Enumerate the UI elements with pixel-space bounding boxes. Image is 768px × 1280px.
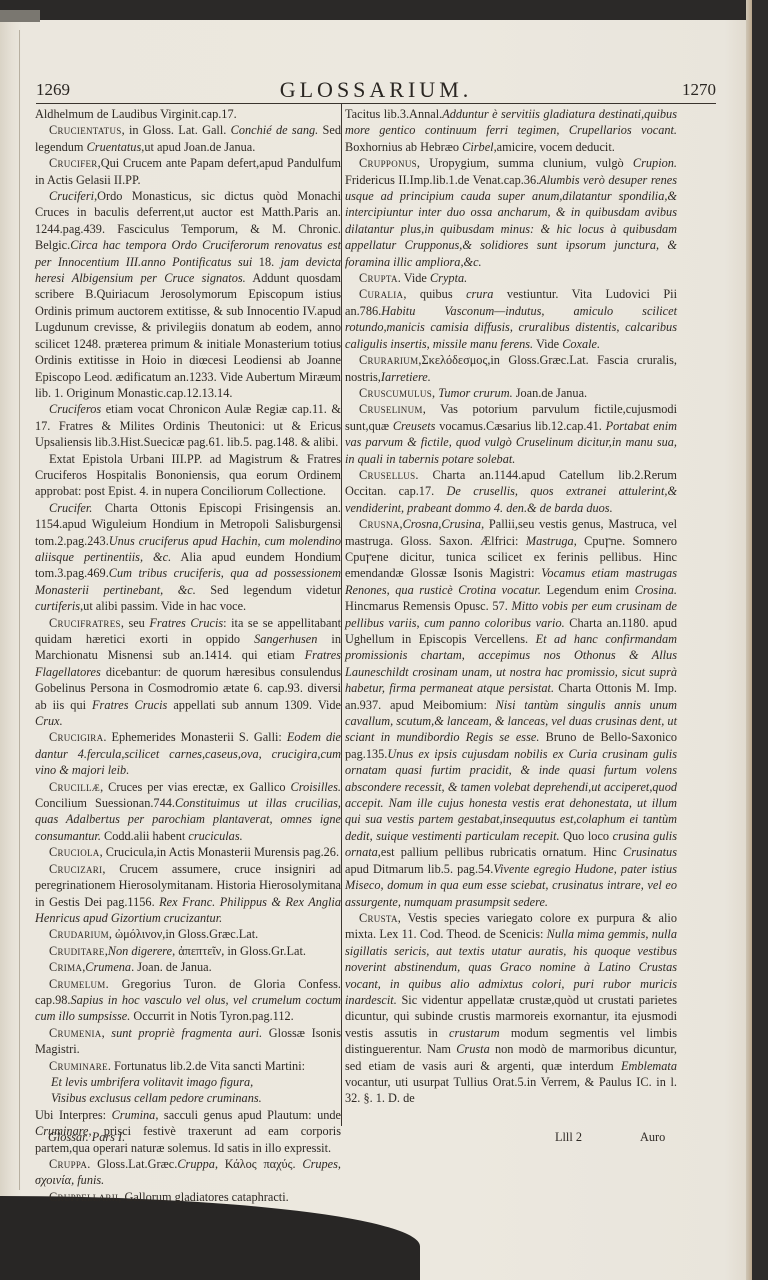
entry-text: Ubi Interpres: xyxy=(35,1108,112,1122)
headword: Crusellus xyxy=(359,468,415,482)
glossary-entry: Crudarium, ὠμόλινον,in Gloss.Græc.Lat. xyxy=(35,926,341,942)
right-text-column: Tacitus lib.3.Annal.Adduntur è servitiis… xyxy=(345,106,677,1107)
glossary-entry: Curalia, quibus crura vestiuntur. Vita L… xyxy=(345,286,677,352)
entry-text: , ἀπεπτεῖν, in Gloss.Gr.Lat. xyxy=(172,944,306,958)
running-header: 1269 GLOSSARIUM. 1270 xyxy=(36,78,716,102)
entry-text: , Crucicula,in Actis Monasterii Murensis… xyxy=(100,845,339,859)
glossary-entry: Crucizari, Crucem assumere, cruce insign… xyxy=(35,861,341,927)
glossary-entry: Cruciferi,Ordo Monasticus, sic dictus qu… xyxy=(35,188,341,401)
headword: Crumelum xyxy=(49,977,106,991)
headword: Crucifratres xyxy=(49,616,121,630)
italic-citation: Crupion. xyxy=(633,156,677,170)
entry-text: ,amicire, vocem deducit. xyxy=(494,140,615,154)
headword: Crusna xyxy=(359,517,400,531)
headword: Cruminare xyxy=(49,1059,108,1073)
headword: Curalia xyxy=(359,287,403,301)
headword: Crucigira xyxy=(49,730,103,744)
entry-text: , Gallorum gladiatores cataphracti. xyxy=(118,1190,288,1204)
entry-text: . Vide xyxy=(398,271,430,285)
italic-citation: Habitu Vasconum—indutus, amiculo scilice… xyxy=(345,304,677,351)
entry-text: vocamus.Cæsarius lib.12.cap.41. xyxy=(435,419,605,433)
headword: Crucientatus xyxy=(49,123,122,137)
glossary-entry: Cruditare,Non digerere, ἀπεπτεῖν, in Glo… xyxy=(35,943,341,959)
headword: Cruselinum xyxy=(359,402,423,416)
italic-citation: Non digerere xyxy=(108,944,172,958)
page-number-right: 1270 xyxy=(682,80,716,100)
entry-text: Codd.alii habent xyxy=(101,829,188,843)
page-stack-edge xyxy=(0,10,40,22)
entry-text: , sacculi genus apud Plautum: unde xyxy=(155,1108,341,1122)
entry-text: , seu xyxy=(121,616,150,630)
entry-text: Tacitus lib.3.Annal. xyxy=(345,107,442,121)
italic-citation: Cruciferi xyxy=(49,189,94,203)
glossary-entry: Cruscumulus, Tumor crurum. Joan.de Janua… xyxy=(345,385,677,401)
glossary-entry: Tacitus lib.3.Annal.Adduntur è servitiis… xyxy=(345,106,677,155)
headword: Crima xyxy=(49,960,82,974)
italic-citation: crustarum xyxy=(449,1026,500,1040)
headword: Cruciola xyxy=(49,845,100,859)
italic-citation: Crypta. xyxy=(430,271,467,285)
entry-text: Fridericus II.Imp.lib.1.de Venat.cap.36. xyxy=(345,173,539,187)
headword: Cruditare xyxy=(49,944,105,958)
entry-text: Occurrit in Notis Tyron.pag.112. xyxy=(130,1009,293,1023)
printer-signature-note: Glossar. Pars I. xyxy=(48,1130,125,1145)
headword: Crupta xyxy=(359,271,398,285)
glossary-entry: Crucientatus, in Gloss. Lat. Gall. Conch… xyxy=(35,122,341,155)
italic-citation: curtiferis xyxy=(35,599,80,613)
glossary-entry: Cruminare. Fortunatus lib.2.de Vita sanc… xyxy=(35,1058,341,1074)
headword: Cruppa xyxy=(49,1157,87,1171)
italic-citation: Crucifer. xyxy=(49,501,92,515)
glossary-entry: Cruciferos etiam vocat Chronicon Aulæ Re… xyxy=(35,401,341,450)
italic-citation: Crosna,Crusina xyxy=(403,517,481,531)
italic-citation: Tumor crurum. xyxy=(438,386,512,400)
italic-citation: Cirbel xyxy=(462,140,493,154)
entry-text: Aldhelmum de Laudibus Virginit.cap.17. xyxy=(35,107,237,121)
italic-citation: Coxale. xyxy=(562,337,600,351)
headword: Crurarium xyxy=(359,353,418,367)
glossary-entry: Crucifer,Qui Crucem ante Papam defert,ap… xyxy=(35,155,341,188)
glossary-entry: Extat Epistola Urbani III.PP. ad Magistr… xyxy=(35,451,341,500)
entry-text: , Uropygium, summa clunium, vulgò xyxy=(417,156,633,170)
glossary-entry: Crucigira. Ephemerides Monasterii S. Gal… xyxy=(35,729,341,778)
catchword: Auro xyxy=(640,1130,665,1145)
headword: Crusta xyxy=(359,911,398,925)
italic-citation: Mastruga xyxy=(526,534,574,548)
italic-citation: Cruppa xyxy=(177,1157,215,1171)
italic-citation: Emblemata xyxy=(621,1059,677,1073)
headword: Cruppellarii xyxy=(49,1190,118,1204)
verse-line: Visibus exclusus cellam pedore cruminans… xyxy=(35,1090,341,1106)
headword: Crumenia xyxy=(49,1026,102,1040)
entry-text: Vide xyxy=(533,337,562,351)
headword: Crucizari xyxy=(49,862,102,876)
entry-text: . Gloss.Lat.Græc. xyxy=(87,1157,177,1171)
glossary-entry: Crusna,Crosna,Crusina, Pallii,seu vestis… xyxy=(345,516,677,910)
entry-text: , ὠμόλινον,in Gloss.Græc.Lat. xyxy=(109,927,258,941)
glossary-entry: Crumenia, sunt propriè fragmenta auri. G… xyxy=(35,1025,341,1058)
entry-text: Sed legendum videtur xyxy=(196,583,341,597)
italic-citation: Crusinatus xyxy=(623,845,677,859)
column-divider xyxy=(341,104,342,1126)
entry-text: , quibus xyxy=(403,287,466,301)
entry-text: ,ut alibi passim. Vide in hac voce. xyxy=(80,599,246,613)
italic-citation: cruciculas. xyxy=(188,829,242,843)
italic-citation: Alumbis verò desuper renes usque ad prin… xyxy=(345,173,677,269)
entry-text: Addunt quosdam scribere B.Quiriacum Jero… xyxy=(35,271,341,400)
scan-backdrop-right xyxy=(752,0,768,1280)
headword: Cruscumulus xyxy=(359,386,432,400)
entry-text: Quo loco xyxy=(560,829,613,843)
entry-text: appellati sub annum 1309. Vide xyxy=(167,698,341,712)
italic-citation: Creusets xyxy=(393,419,436,433)
entry-text: Visibus exclusus cellam pedore cruminans… xyxy=(51,1091,262,1105)
glossary-entry: Crucifratres, seu Fratres Crucis: ita se… xyxy=(35,615,341,730)
glossary-entry: Crupta. Vide Crypta. xyxy=(345,270,677,286)
entry-text: , xyxy=(102,1026,112,1040)
entry-text: Boxhornius ab Hebræo xyxy=(345,140,462,154)
glossary-entry: Crumelum. Gregorius Turon. de Gloria Con… xyxy=(35,976,341,1025)
entry-text: . Ephemerides Monasterii S. Galli: xyxy=(103,730,286,744)
italic-citation: Crux. xyxy=(35,714,63,728)
glossary-entry: Crupponus, Uropygium, summa clunium, vul… xyxy=(345,155,677,270)
italic-citation: Crosina. xyxy=(635,583,677,597)
italic-citation: Cruciferos xyxy=(49,402,101,416)
signature-mark: Llll 2 xyxy=(555,1130,582,1145)
binding-gutter-line xyxy=(19,30,20,1190)
glossary-entry: Cruppellarii, Gallorum gladiatores catap… xyxy=(35,1189,341,1205)
glossary-entry: Cruciola, Crucicula,in Actis Monasterii … xyxy=(35,844,341,860)
glossary-entry: Crurarium,Σκελόδεσμος,in Gloss.Græc.Lat.… xyxy=(345,352,677,385)
italic-citation: Crusta xyxy=(456,1042,490,1056)
entry-text: , Κάλος παχύς. xyxy=(215,1157,302,1171)
entry-text: Legendum enim xyxy=(541,583,635,597)
entry-text: 18. xyxy=(252,255,280,269)
entry-text: Hincmarus Remensis Opusc. 57. xyxy=(345,599,512,613)
left-text-column: Aldhelmum de Laudibus Virginit.cap.17.Cr… xyxy=(35,106,341,1205)
entry-text: vocantur, uti usurpat Tullius Orat.5.in … xyxy=(345,1075,677,1105)
scan-backdrop-top xyxy=(0,0,768,20)
entry-text: , in Gloss. Lat. Gall. xyxy=(122,123,231,137)
italic-citation: Iarretiere. xyxy=(381,370,431,384)
headword: Crudarium xyxy=(49,927,109,941)
italic-citation: Croisilles. xyxy=(291,780,341,794)
glossary-entry: Crusellus. Charta an.1144.apud Catellum … xyxy=(345,467,677,516)
header-rule xyxy=(36,103,716,104)
entry-text: . Fortunatus lib.2.de Vita sancti Martin… xyxy=(108,1059,305,1073)
entry-text: ,est pallium pellibus rubricatis ornatum… xyxy=(378,845,623,859)
glossary-entry: Crusta, Vestis species variegato colore … xyxy=(345,910,677,1107)
headword: Crupponus xyxy=(359,156,417,170)
glossary-entry: Cruselinum, Vas potorium parvulum fictil… xyxy=(345,401,677,467)
entry-text: . Joan. de Janua. xyxy=(131,960,212,974)
headword: Crucillæ xyxy=(49,780,100,794)
italic-citation: Fratres Crucis xyxy=(149,616,223,630)
glossary-entry: Cruppa. Gloss.Lat.Græc.Cruppa, Κάλος παχ… xyxy=(35,1156,341,1189)
glossary-entry: Crucifer. Charta Ottonis Episcopi Frisin… xyxy=(35,500,341,615)
entry-text: Concilium Suessionan.744. xyxy=(35,796,175,810)
headword: Crucifer xyxy=(49,156,98,170)
italic-citation: crura xyxy=(466,287,493,301)
entry-text: Et levis umbrifera volitavit imago figur… xyxy=(51,1075,253,1089)
glossary-entry: Crima,Crumena. Joan. de Janua. xyxy=(35,959,341,975)
glossary-entry: Aldhelmum de Laudibus Virginit.cap.17. xyxy=(35,106,341,122)
italic-citation: Conchié de sang. xyxy=(231,123,319,137)
verse-line: Et levis umbrifera volitavit imago figur… xyxy=(35,1074,341,1090)
italic-citation: Crumina xyxy=(112,1108,156,1122)
entry-text: Joan.de Janua. xyxy=(513,386,587,400)
italic-citation: Sangerhusen xyxy=(254,632,317,646)
entry-text: , Cruces per vias erectæ, ex Gallico xyxy=(100,780,290,794)
italic-citation: Crumena xyxy=(85,960,131,974)
italic-citation: Fratres Crucis xyxy=(92,698,167,712)
entry-text: ,ut apud Joan.de Janua. xyxy=(141,140,255,154)
running-title: GLOSSARIUM. xyxy=(36,77,716,103)
italic-citation: sunt propriè fragmenta auri. xyxy=(111,1026,262,1040)
entry-text: Extat Epistola Urbani III.PP. ad Magistr… xyxy=(35,452,341,499)
italic-citation: Cruentatus xyxy=(87,140,142,154)
glossary-entry: Crucillæ, Cruces per vias erectæ, ex Gal… xyxy=(35,779,341,845)
entry-text: apud Ditmarum lib.5. pag.54. xyxy=(345,862,493,876)
